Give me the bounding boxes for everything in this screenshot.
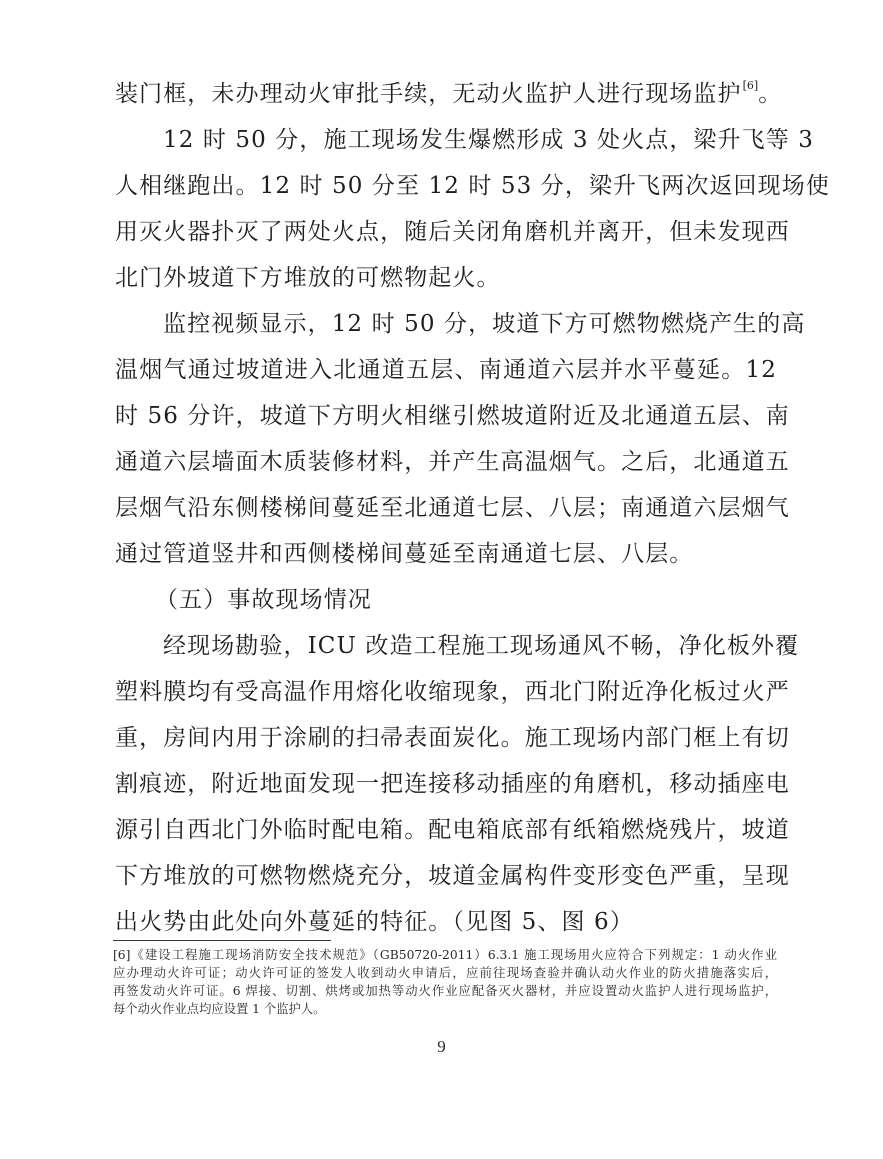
- paragraph-line: 通过管道竖井和西侧楼梯间蔓延至南通道七层、八层。: [115, 531, 777, 577]
- footnote-line: [6]《建设工程施工现场消防安全技术规范》（GB50720-2011）6.3.1…: [113, 946, 777, 964]
- paragraph-line: 监控视频显示，12 时 50 分，坡道下方可燃物燃烧产生的高: [115, 301, 777, 347]
- paragraph-line: 源引自西北门外临时配电箱。配电箱底部有纸箱燃烧残片，坡道: [115, 807, 777, 853]
- paragraph-line: 割痕迹，附近地面发现一把连接移动插座的角磨机，移动插座电: [115, 761, 777, 807]
- paragraph-line: 温烟气通过坡道进入北通道五层、南通道六层并水平蔓延。12: [115, 347, 777, 393]
- document-page: 装门框，未办理动火审批手续，无动火监护人进行现场监护[6]。 12 时 50 分…: [0, 0, 883, 1159]
- paragraph-line: 出火势由此处向外蔓延的特征。（见图 5、图 6）: [115, 899, 777, 945]
- paragraph-line: 12 时 50 分，施工现场发生爆燃形成 3 处火点，梁升飞等 3: [115, 117, 777, 163]
- paragraph-line: 通道六层墙面木质装修材料，并产生高温烟气。之后，北通道五: [115, 439, 777, 485]
- footnote-line: 每个动火作业点均应设置 1 个监护人。: [113, 1000, 777, 1018]
- paragraph-line: 下方堆放的可燃物燃烧充分，坡道金属构件变形变色严重，呈现: [115, 853, 777, 899]
- paragraph-line: 人相继跑出。12 时 50 分至 12 时 53 分，梁升飞两次返回现场使: [115, 163, 777, 209]
- paragraph-line: 重，房间内用于涂刷的扫帚表面炭化。施工现场内部门框上有切: [115, 715, 777, 761]
- text-run: 。: [758, 81, 782, 107]
- page-number: 9: [0, 1037, 883, 1057]
- text-run: 装门框，未办理动火审批手续，无动火监护人进行现场监护: [115, 81, 742, 107]
- paragraph-line: 经现场勘验，ICU 改造工程施工现场通风不畅，净化板外覆: [115, 623, 777, 669]
- paragraph-line: 北门外坡道下方堆放的可燃物起火。: [115, 255, 777, 301]
- paragraph-line: 时 56 分许，坡道下方明火相继引燃坡道附近及北通道五层、南: [115, 393, 777, 439]
- paragraph-line: 层烟气沿东侧楼梯间蔓延至北通道七层、八层；南通道六层烟气: [115, 485, 777, 531]
- footnote-line: 再签发动火许可证。6 焊接、切割、烘烤或加热等动火作业应配备灭火器材，并应设置动…: [113, 982, 777, 1000]
- paragraph-line: 装门框，未办理动火审批手续，无动火监护人进行现场监护[6]。: [115, 71, 777, 117]
- footnote: [6]《建设工程施工现场消防安全技术规范》（GB50720-2011）6.3.1…: [113, 946, 777, 1018]
- footnote-reference[interactable]: [6]: [743, 79, 759, 92]
- paragraph-line: 用灭火器扑灭了两处火点，随后关闭角磨机并离开，但未发现西: [115, 209, 777, 255]
- footnote-line: 应办理动火许可证；动火许可证的签发人收到动火申请后，应前往现场查验并确认动火作业…: [113, 964, 777, 982]
- section-heading: （五）事故现场情况: [115, 577, 777, 623]
- body-text: 装门框，未办理动火审批手续，无动火监护人进行现场监护[6]。 12 时 50 分…: [115, 71, 777, 945]
- paragraph-line: 塑料膜均有受高温作用熔化收缩现象，西北门附近净化板过火严: [115, 669, 777, 715]
- footnote-divider: [113, 940, 331, 941]
